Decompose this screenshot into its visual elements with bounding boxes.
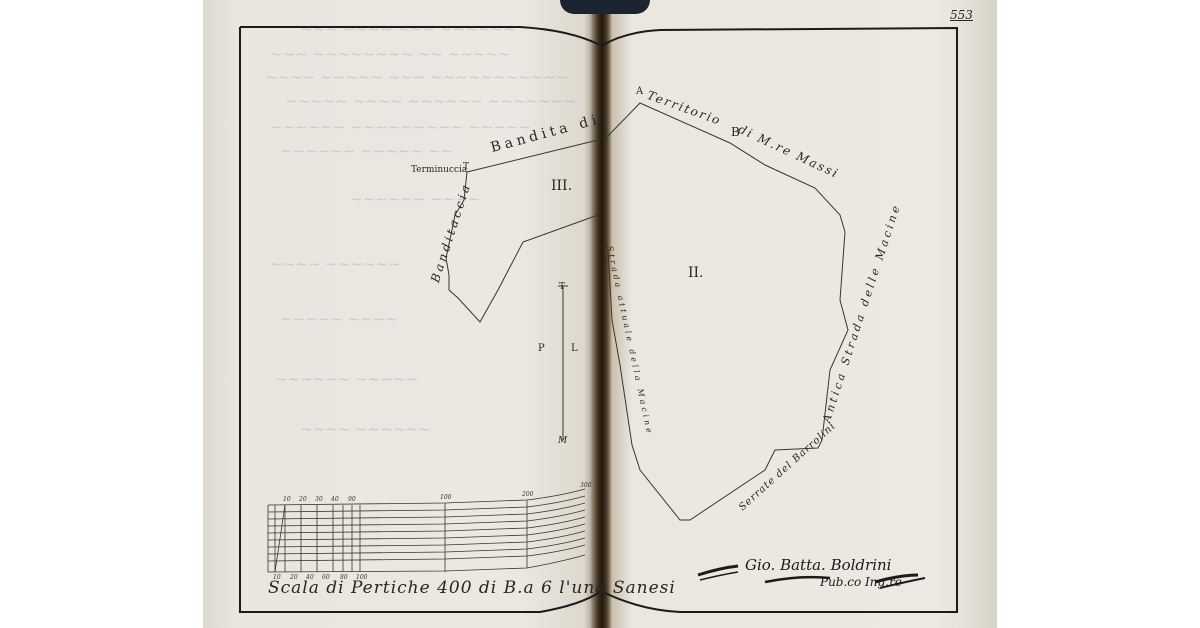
scale-top-tick: 90: [348, 496, 356, 503]
scale-top-tick: 300: [580, 482, 591, 489]
scale-top-tick: 20: [299, 496, 307, 503]
point-p: P: [538, 343, 545, 354]
point-t2: T: [559, 282, 565, 292]
point-b: B: [731, 125, 740, 139]
parcel-label-3: III.: [551, 178, 572, 194]
scale-top-tick: 40: [331, 496, 339, 503]
point-l: L: [571, 343, 578, 354]
signature-title: Pub.co Ing.re: [820, 575, 902, 589]
scale-caption: Scala di Pertiche 400 di B.a 6 l'una San…: [268, 578, 676, 598]
scale-top-tick: 200: [522, 491, 533, 498]
parcel-label-2: II.: [688, 265, 704, 281]
point-t1: T: [463, 162, 469, 172]
scale-top-tick: 100: [440, 494, 451, 501]
scale-top-tick: 10: [283, 496, 291, 503]
point-m: M: [558, 436, 567, 446]
label-terminuccia: Terminuccia: [411, 165, 467, 175]
map-drawing: [0, 0, 1200, 628]
page-number: 553: [950, 8, 973, 22]
scale-top-tick: 30: [315, 496, 323, 503]
signature-name: Gio. Batta. Boldrini: [745, 556, 891, 574]
point-a: A: [636, 86, 643, 97]
